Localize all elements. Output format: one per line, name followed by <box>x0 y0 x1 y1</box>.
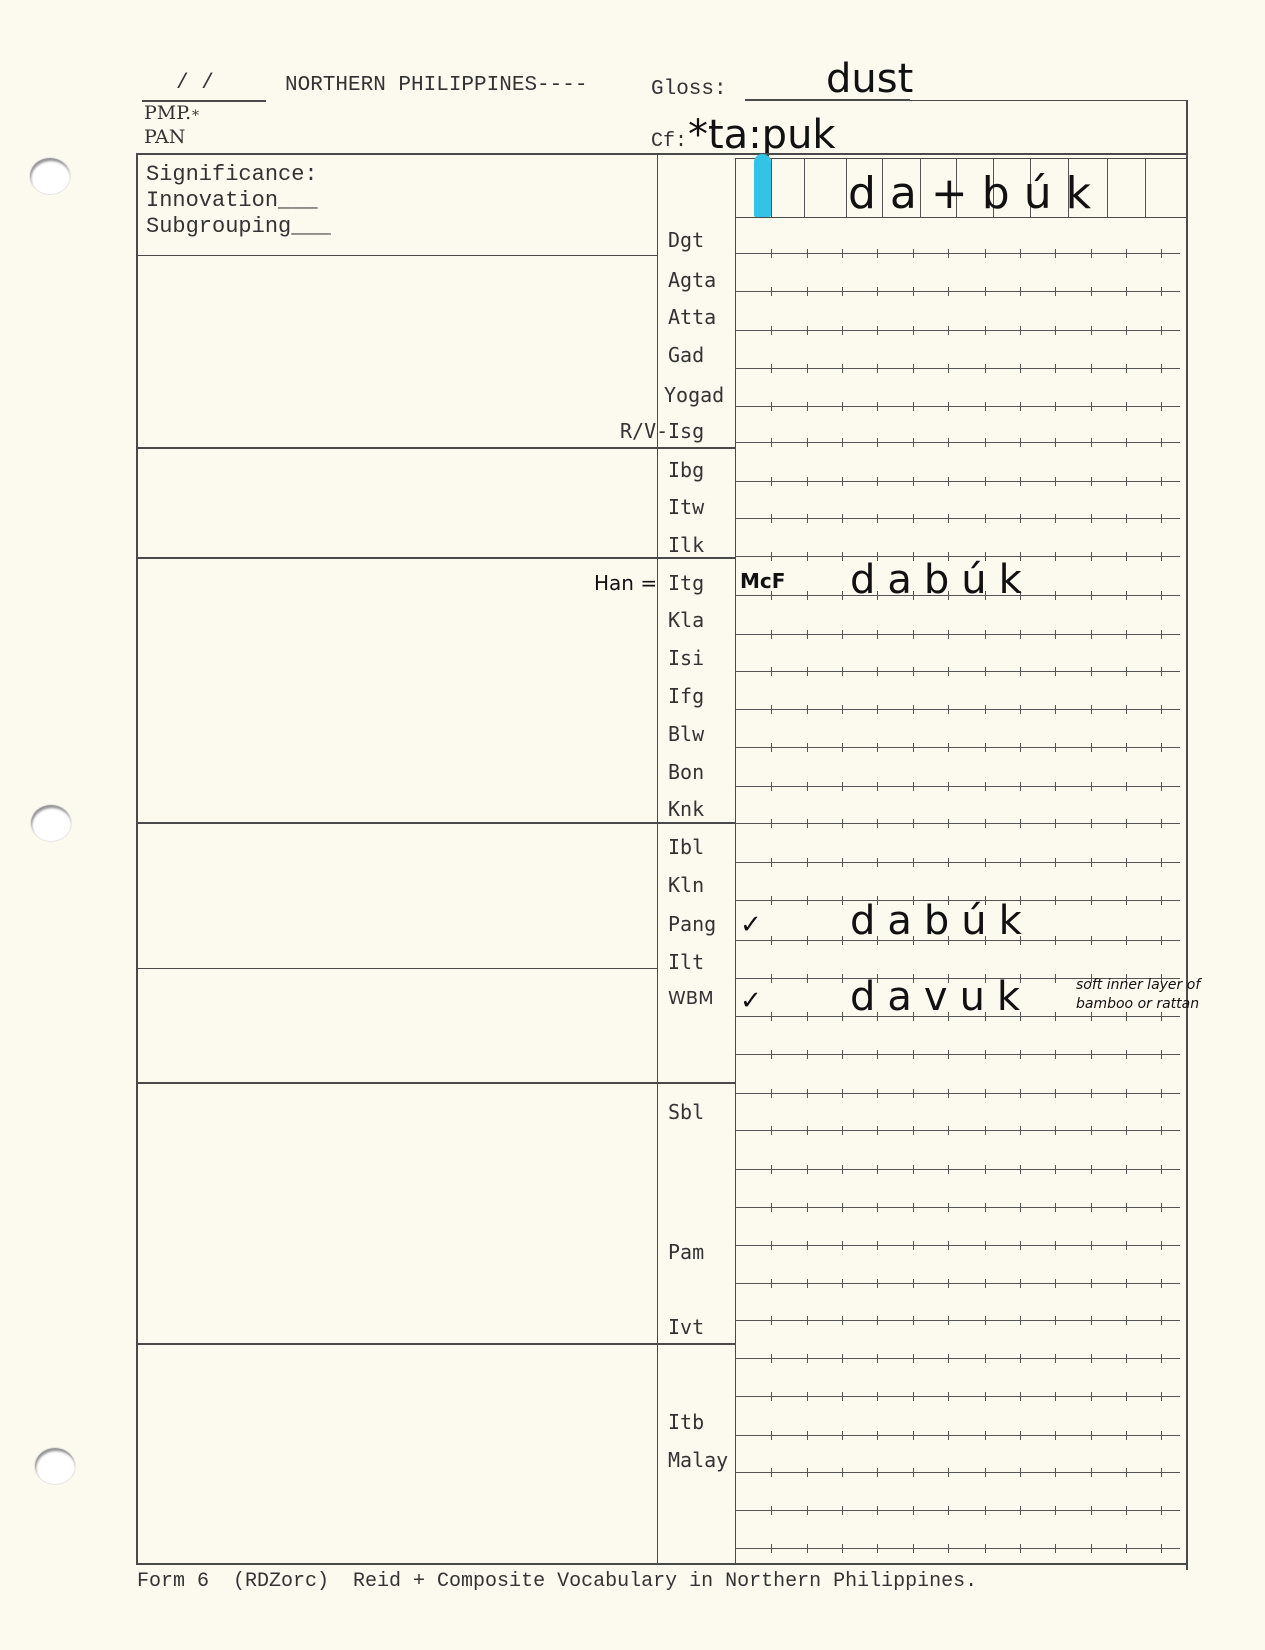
ruled-tick <box>1091 326 1092 335</box>
ruled-tick <box>877 1279 878 1288</box>
ruled-tick <box>877 1241 878 1250</box>
ruled-tick <box>771 1050 772 1059</box>
ruled-tick <box>771 1089 772 1098</box>
ruled-tick <box>1126 1050 1127 1059</box>
ruled-tick <box>1091 1506 1092 1515</box>
ruled-tick <box>985 287 986 296</box>
entry-ruled-line <box>735 1320 1180 1321</box>
ruled-tick <box>771 552 772 561</box>
ruled-tick <box>1091 1203 1092 1212</box>
form-left-border <box>136 153 138 1563</box>
ruled-tick <box>985 743 986 752</box>
ruled-tick <box>877 1203 878 1212</box>
ruled-tick <box>948 249 949 258</box>
ruled-tick <box>985 705 986 714</box>
ruled-tick <box>1126 438 1127 447</box>
language-code: Knk <box>668 797 704 821</box>
ruled-tick <box>1055 705 1056 714</box>
ruled-tick <box>807 477 808 486</box>
ruled-tick <box>842 1241 843 1250</box>
ruled-tick <box>1091 1050 1092 1059</box>
ruled-tick <box>877 402 878 411</box>
ruled-tick <box>807 1316 808 1325</box>
subgrouping-label[interactable]: Subgrouping___ <box>146 214 331 239</box>
ruled-tick <box>913 1050 914 1059</box>
entry-ruled-line <box>735 1169 1180 1170</box>
ruled-tick <box>877 287 878 296</box>
ruled-tick <box>1126 1089 1127 1098</box>
ruled-tick <box>1055 1165 1056 1174</box>
form-footer: Form 6 (RDZorc) Reid + Composite Vocabul… <box>137 1570 977 1593</box>
checkmark-icon: ✓ <box>740 986 762 1016</box>
ruled-tick <box>842 896 843 905</box>
gloss-label: Gloss: <box>651 78 727 101</box>
ruled-tick <box>1091 514 1092 523</box>
ruled-tick <box>1161 858 1162 867</box>
ruled-tick <box>913 402 914 411</box>
ruled-tick <box>1126 1354 1127 1363</box>
section-divider-3 <box>136 557 736 559</box>
ruled-tick <box>1091 287 1092 296</box>
entry-ruled-line <box>735 1283 1180 1284</box>
language-column-left <box>657 153 658 1563</box>
highlighter-mark <box>754 154 771 217</box>
ruled-tick <box>1126 936 1127 945</box>
ruled-tick <box>807 705 808 714</box>
ruled-tick <box>1161 1241 1162 1250</box>
ruled-tick <box>877 1392 878 1401</box>
ruled-tick <box>807 364 808 373</box>
ruled-tick <box>948 1050 949 1059</box>
ruled-tick <box>842 1089 843 1098</box>
section-divider-4 <box>136 822 736 824</box>
ruled-tick <box>1161 249 1162 258</box>
ruled-tick <box>1020 1431 1021 1440</box>
ruled-tick <box>1126 477 1127 486</box>
language-code: Blw <box>668 722 704 746</box>
ruled-tick <box>771 1506 772 1515</box>
ruled-tick <box>842 1354 843 1363</box>
ruled-tick <box>1055 552 1056 561</box>
ruled-tick <box>842 974 843 983</box>
ruled-tick <box>1091 858 1092 867</box>
ruled-tick <box>948 1506 949 1515</box>
ruled-tick <box>1091 705 1092 714</box>
ruled-tick <box>842 1431 843 1440</box>
ruled-tick <box>807 1279 808 1288</box>
entry-ruled-line <box>735 1435 1180 1436</box>
ruled-tick <box>985 477 986 486</box>
ruled-tick <box>985 1316 986 1325</box>
language-code: Itw <box>668 495 704 519</box>
ruled-tick <box>877 782 878 791</box>
ruled-tick <box>807 591 808 600</box>
ruled-tick <box>807 438 808 447</box>
ruled-tick <box>842 819 843 828</box>
ruled-tick <box>1020 514 1021 523</box>
ruled-tick <box>771 1279 772 1288</box>
ruled-tick <box>1091 1241 1092 1250</box>
innovation-label[interactable]: Innovation___ <box>146 188 318 213</box>
ruled-tick <box>842 591 843 600</box>
ruled-tick <box>1055 1392 1056 1401</box>
ruled-tick <box>807 743 808 752</box>
ruled-tick <box>1020 1203 1021 1212</box>
ruled-tick <box>913 705 914 714</box>
reconstruction-form[interactable]: da+búk <box>848 168 1105 219</box>
ruled-tick <box>985 667 986 676</box>
ruled-tick <box>771 936 772 945</box>
ruled-tick <box>1055 1050 1056 1059</box>
ruled-tick <box>1161 630 1162 639</box>
ruled-tick <box>1126 1126 1127 1135</box>
ruled-tick <box>948 1316 949 1325</box>
language-entry[interactable]: davuk <box>850 974 1032 1020</box>
ruled-tick <box>985 1126 986 1135</box>
pmp-asterisk: * <box>192 108 199 124</box>
ruled-tick <box>807 552 808 561</box>
ruled-tick <box>1020 249 1021 258</box>
ruled-tick <box>1161 1165 1162 1174</box>
ruled-tick <box>1020 1241 1021 1250</box>
ruled-tick <box>1161 514 1162 523</box>
language-entry[interactable]: dabúk <box>850 557 1034 603</box>
ruled-tick <box>842 552 843 561</box>
ruled-tick <box>1126 667 1127 676</box>
ruled-tick <box>913 249 914 258</box>
language-code: Gad <box>668 343 704 367</box>
ruled-tick <box>1055 974 1056 983</box>
ruled-tick <box>1020 782 1021 791</box>
ruled-tick <box>1091 1279 1092 1288</box>
entry-ruled-line <box>735 862 1180 863</box>
ruled-tick <box>771 630 772 639</box>
ruled-tick <box>1091 1544 1092 1553</box>
ruled-tick <box>807 974 808 983</box>
ruled-tick <box>771 858 772 867</box>
pmp-label: PMP. <box>144 102 191 124</box>
ruled-tick <box>1055 1279 1056 1288</box>
ruled-tick <box>842 438 843 447</box>
ruled-tick <box>771 1392 772 1401</box>
entry-ruled-line <box>735 747 1180 748</box>
ruled-tick <box>1161 819 1162 828</box>
ruled-tick <box>842 1316 843 1325</box>
ruled-tick <box>1126 896 1127 905</box>
form-right-border <box>1186 100 1188 1570</box>
ruled-tick <box>1161 1089 1162 1098</box>
ruled-tick <box>842 858 843 867</box>
region-title: NORTHERN PHILIPPINES---- <box>285 74 587 97</box>
section-divider-2 <box>136 447 736 449</box>
ruled-tick <box>807 287 808 296</box>
language-code: Kla <box>668 608 704 632</box>
ruled-tick <box>985 364 986 373</box>
ruled-tick <box>1161 477 1162 486</box>
ruled-tick <box>1091 743 1092 752</box>
ruled-tick <box>913 1392 914 1401</box>
ruled-tick <box>948 630 949 639</box>
ruled-tick <box>913 1279 914 1288</box>
ruled-tick <box>842 1279 843 1288</box>
ruled-tick <box>985 858 986 867</box>
entry-ruled-line <box>735 823 1180 824</box>
ruled-tick <box>948 1279 949 1288</box>
ruled-tick <box>1091 896 1092 905</box>
ruled-tick <box>1055 514 1056 523</box>
ruled-tick <box>771 477 772 486</box>
ruled-tick <box>771 249 772 258</box>
ruled-tick <box>1161 591 1162 600</box>
ruled-tick <box>877 1544 878 1553</box>
ruled-tick <box>1020 1165 1021 1174</box>
ruled-tick <box>1055 667 1056 676</box>
ruled-tick <box>1091 1392 1092 1401</box>
ruled-tick <box>913 1354 914 1363</box>
ruled-tick <box>1126 326 1127 335</box>
ruled-tick <box>913 287 914 296</box>
ruled-tick <box>1055 1354 1056 1363</box>
ruled-tick <box>1091 667 1092 676</box>
ruled-tick <box>985 1354 986 1363</box>
ruled-tick <box>948 402 949 411</box>
ruled-tick <box>1091 1126 1092 1135</box>
ruled-tick <box>1126 743 1127 752</box>
ruled-tick <box>985 1203 986 1212</box>
entry-ruled-line <box>735 368 1180 369</box>
ruled-tick <box>877 1165 878 1174</box>
ruled-tick <box>985 438 986 447</box>
ruled-tick <box>877 1089 878 1098</box>
punch-hole-top <box>30 158 70 194</box>
section-divider-5 <box>136 968 658 969</box>
ruled-tick <box>877 1126 878 1135</box>
ruled-tick <box>913 1544 914 1553</box>
punch-hole-middle <box>31 805 71 841</box>
ruled-tick <box>1020 402 1021 411</box>
ruled-tick <box>842 1126 843 1135</box>
ruled-tick <box>842 1506 843 1515</box>
ruled-tick <box>877 1431 878 1440</box>
language-code: Ilt <box>668 950 704 974</box>
ruled-tick <box>985 1165 986 1174</box>
ruled-tick <box>1091 936 1092 945</box>
ruled-tick <box>771 743 772 752</box>
ruled-tick <box>1161 438 1162 447</box>
ruled-tick <box>1055 1544 1056 1553</box>
ruled-tick <box>842 1165 843 1174</box>
ruled-tick <box>1055 819 1056 828</box>
ruled-tick <box>913 1089 914 1098</box>
ruled-tick <box>771 1126 772 1135</box>
ruled-tick <box>842 667 843 676</box>
entry-ruled-line <box>735 786 1180 787</box>
ruled-tick <box>807 326 808 335</box>
ruled-tick <box>877 630 878 639</box>
ruled-tick <box>877 249 878 258</box>
ruled-tick <box>771 514 772 523</box>
entry-ruled-line <box>735 481 1180 482</box>
ruled-tick <box>842 364 843 373</box>
ruled-tick <box>985 630 986 639</box>
ruled-tick <box>1091 364 1092 373</box>
ruled-tick <box>1020 1089 1021 1098</box>
ruled-tick <box>948 514 949 523</box>
language-code: Ifg <box>668 684 704 708</box>
ruled-tick <box>948 1203 949 1212</box>
ruled-tick <box>948 287 949 296</box>
language-code: Sbl <box>668 1100 704 1124</box>
ruled-tick <box>985 326 986 335</box>
ruled-tick <box>1161 1126 1162 1135</box>
ruled-tick <box>1161 896 1162 905</box>
ruled-tick <box>771 1431 772 1440</box>
ruled-tick <box>877 743 878 752</box>
ruled-tick <box>985 249 986 258</box>
ruled-tick <box>985 402 986 411</box>
entry-ruled-line <box>735 1245 1180 1246</box>
ruled-tick <box>948 326 949 335</box>
ruled-tick <box>1161 1392 1162 1401</box>
ruled-tick <box>1055 630 1056 639</box>
ruled-tick <box>807 1506 808 1515</box>
ruled-tick <box>1020 1354 1021 1363</box>
ruled-tick <box>771 1203 772 1212</box>
entry-ruled-line <box>735 1510 1180 1511</box>
ruled-tick <box>842 514 843 523</box>
ruled-tick <box>985 1050 986 1059</box>
ruled-tick <box>1055 326 1056 335</box>
ruled-tick <box>1126 1544 1127 1553</box>
ruled-tick <box>1055 477 1056 486</box>
ruled-tick <box>948 1392 949 1401</box>
ruled-tick <box>1126 1468 1127 1477</box>
ruled-tick <box>1161 743 1162 752</box>
ruled-tick <box>913 514 914 523</box>
ruled-tick <box>1020 630 1021 639</box>
ruled-tick <box>1091 249 1092 258</box>
language-code: Agta <box>668 268 716 292</box>
form-top-border <box>136 153 1188 155</box>
ruled-tick <box>807 1354 808 1363</box>
ruled-tick <box>1055 402 1056 411</box>
ruled-tick <box>807 1392 808 1401</box>
language-prefix-note: R/V- <box>620 419 668 443</box>
ruled-tick <box>1126 630 1127 639</box>
ruled-tick <box>1161 1431 1162 1440</box>
ruled-tick <box>807 819 808 828</box>
language-code: Itb <box>668 1410 704 1434</box>
ruled-tick <box>1091 819 1092 828</box>
form-top-rule <box>745 100 1187 101</box>
ruled-tick <box>1126 364 1127 373</box>
gloss-value[interactable]: dust <box>826 56 913 102</box>
ruled-tick <box>948 1544 949 1553</box>
ruled-tick <box>1091 1165 1092 1174</box>
language-code: Isi <box>668 646 704 670</box>
ruled-tick <box>877 1050 878 1059</box>
ruled-tick <box>1020 819 1021 828</box>
ruled-tick <box>771 1544 772 1553</box>
ruled-tick <box>807 667 808 676</box>
ruled-tick <box>1126 1506 1127 1515</box>
ruled-tick <box>1091 477 1092 486</box>
ruled-tick <box>771 896 772 905</box>
ruled-tick <box>948 1468 949 1477</box>
ruled-tick <box>877 514 878 523</box>
ruled-tick <box>948 438 949 447</box>
ruled-tick <box>913 1165 914 1174</box>
ruled-tick <box>1161 287 1162 296</box>
ruled-tick <box>913 326 914 335</box>
ruled-tick <box>1020 1544 1021 1553</box>
ruled-tick <box>771 402 772 411</box>
ruled-tick <box>1091 782 1092 791</box>
ruled-tick <box>877 667 878 676</box>
ruled-tick <box>1126 591 1127 600</box>
ruled-tick <box>842 249 843 258</box>
ruled-tick <box>985 1089 986 1098</box>
entry-ruled-line <box>735 1548 1180 1549</box>
ruled-tick <box>1020 1468 1021 1477</box>
ruled-tick <box>1126 552 1127 561</box>
ruled-tick <box>948 705 949 714</box>
cf-value[interactable]: *ta:puk <box>688 112 836 158</box>
ruled-tick <box>985 1544 986 1553</box>
language-code: Atta <box>668 305 716 329</box>
ruled-tick <box>807 1165 808 1174</box>
ruled-tick <box>807 1544 808 1553</box>
ruled-tick <box>1126 514 1127 523</box>
ruled-tick <box>771 1468 772 1477</box>
ruled-tick <box>771 974 772 983</box>
ruled-tick <box>1055 1089 1056 1098</box>
ruled-tick <box>1161 936 1162 945</box>
ruled-tick <box>913 1506 914 1515</box>
ruled-tick <box>1126 1279 1127 1288</box>
ruled-tick <box>842 743 843 752</box>
language-code: Isg <box>668 419 704 443</box>
grid-cell-line <box>1107 158 1108 218</box>
ruled-tick <box>985 514 986 523</box>
ruled-tick <box>1020 1316 1021 1325</box>
cf-label: Cf: <box>651 130 687 153</box>
ruled-tick <box>842 402 843 411</box>
ruled-tick <box>948 364 949 373</box>
ruled-tick <box>771 705 772 714</box>
ruled-tick <box>1126 858 1127 867</box>
ruled-tick <box>807 1012 808 1021</box>
ruled-tick <box>807 1089 808 1098</box>
entry-ruled-line <box>735 1358 1180 1359</box>
ruled-tick <box>807 896 808 905</box>
ruled-tick <box>913 1126 914 1135</box>
ruled-tick <box>877 858 878 867</box>
ruled-tick <box>985 1506 986 1515</box>
ruled-tick <box>1055 1468 1056 1477</box>
ruled-tick <box>1020 858 1021 867</box>
ruled-tick <box>1055 1241 1056 1250</box>
language-entry[interactable]: dabúk <box>850 898 1034 944</box>
ruled-tick <box>913 364 914 373</box>
ruled-tick <box>948 743 949 752</box>
ruled-tick <box>1091 552 1092 561</box>
ruled-tick <box>948 1089 949 1098</box>
ruled-tick <box>842 1203 843 1212</box>
source-mark: McF <box>740 569 785 593</box>
ruled-tick <box>1126 1241 1127 1250</box>
ruled-tick <box>913 438 914 447</box>
